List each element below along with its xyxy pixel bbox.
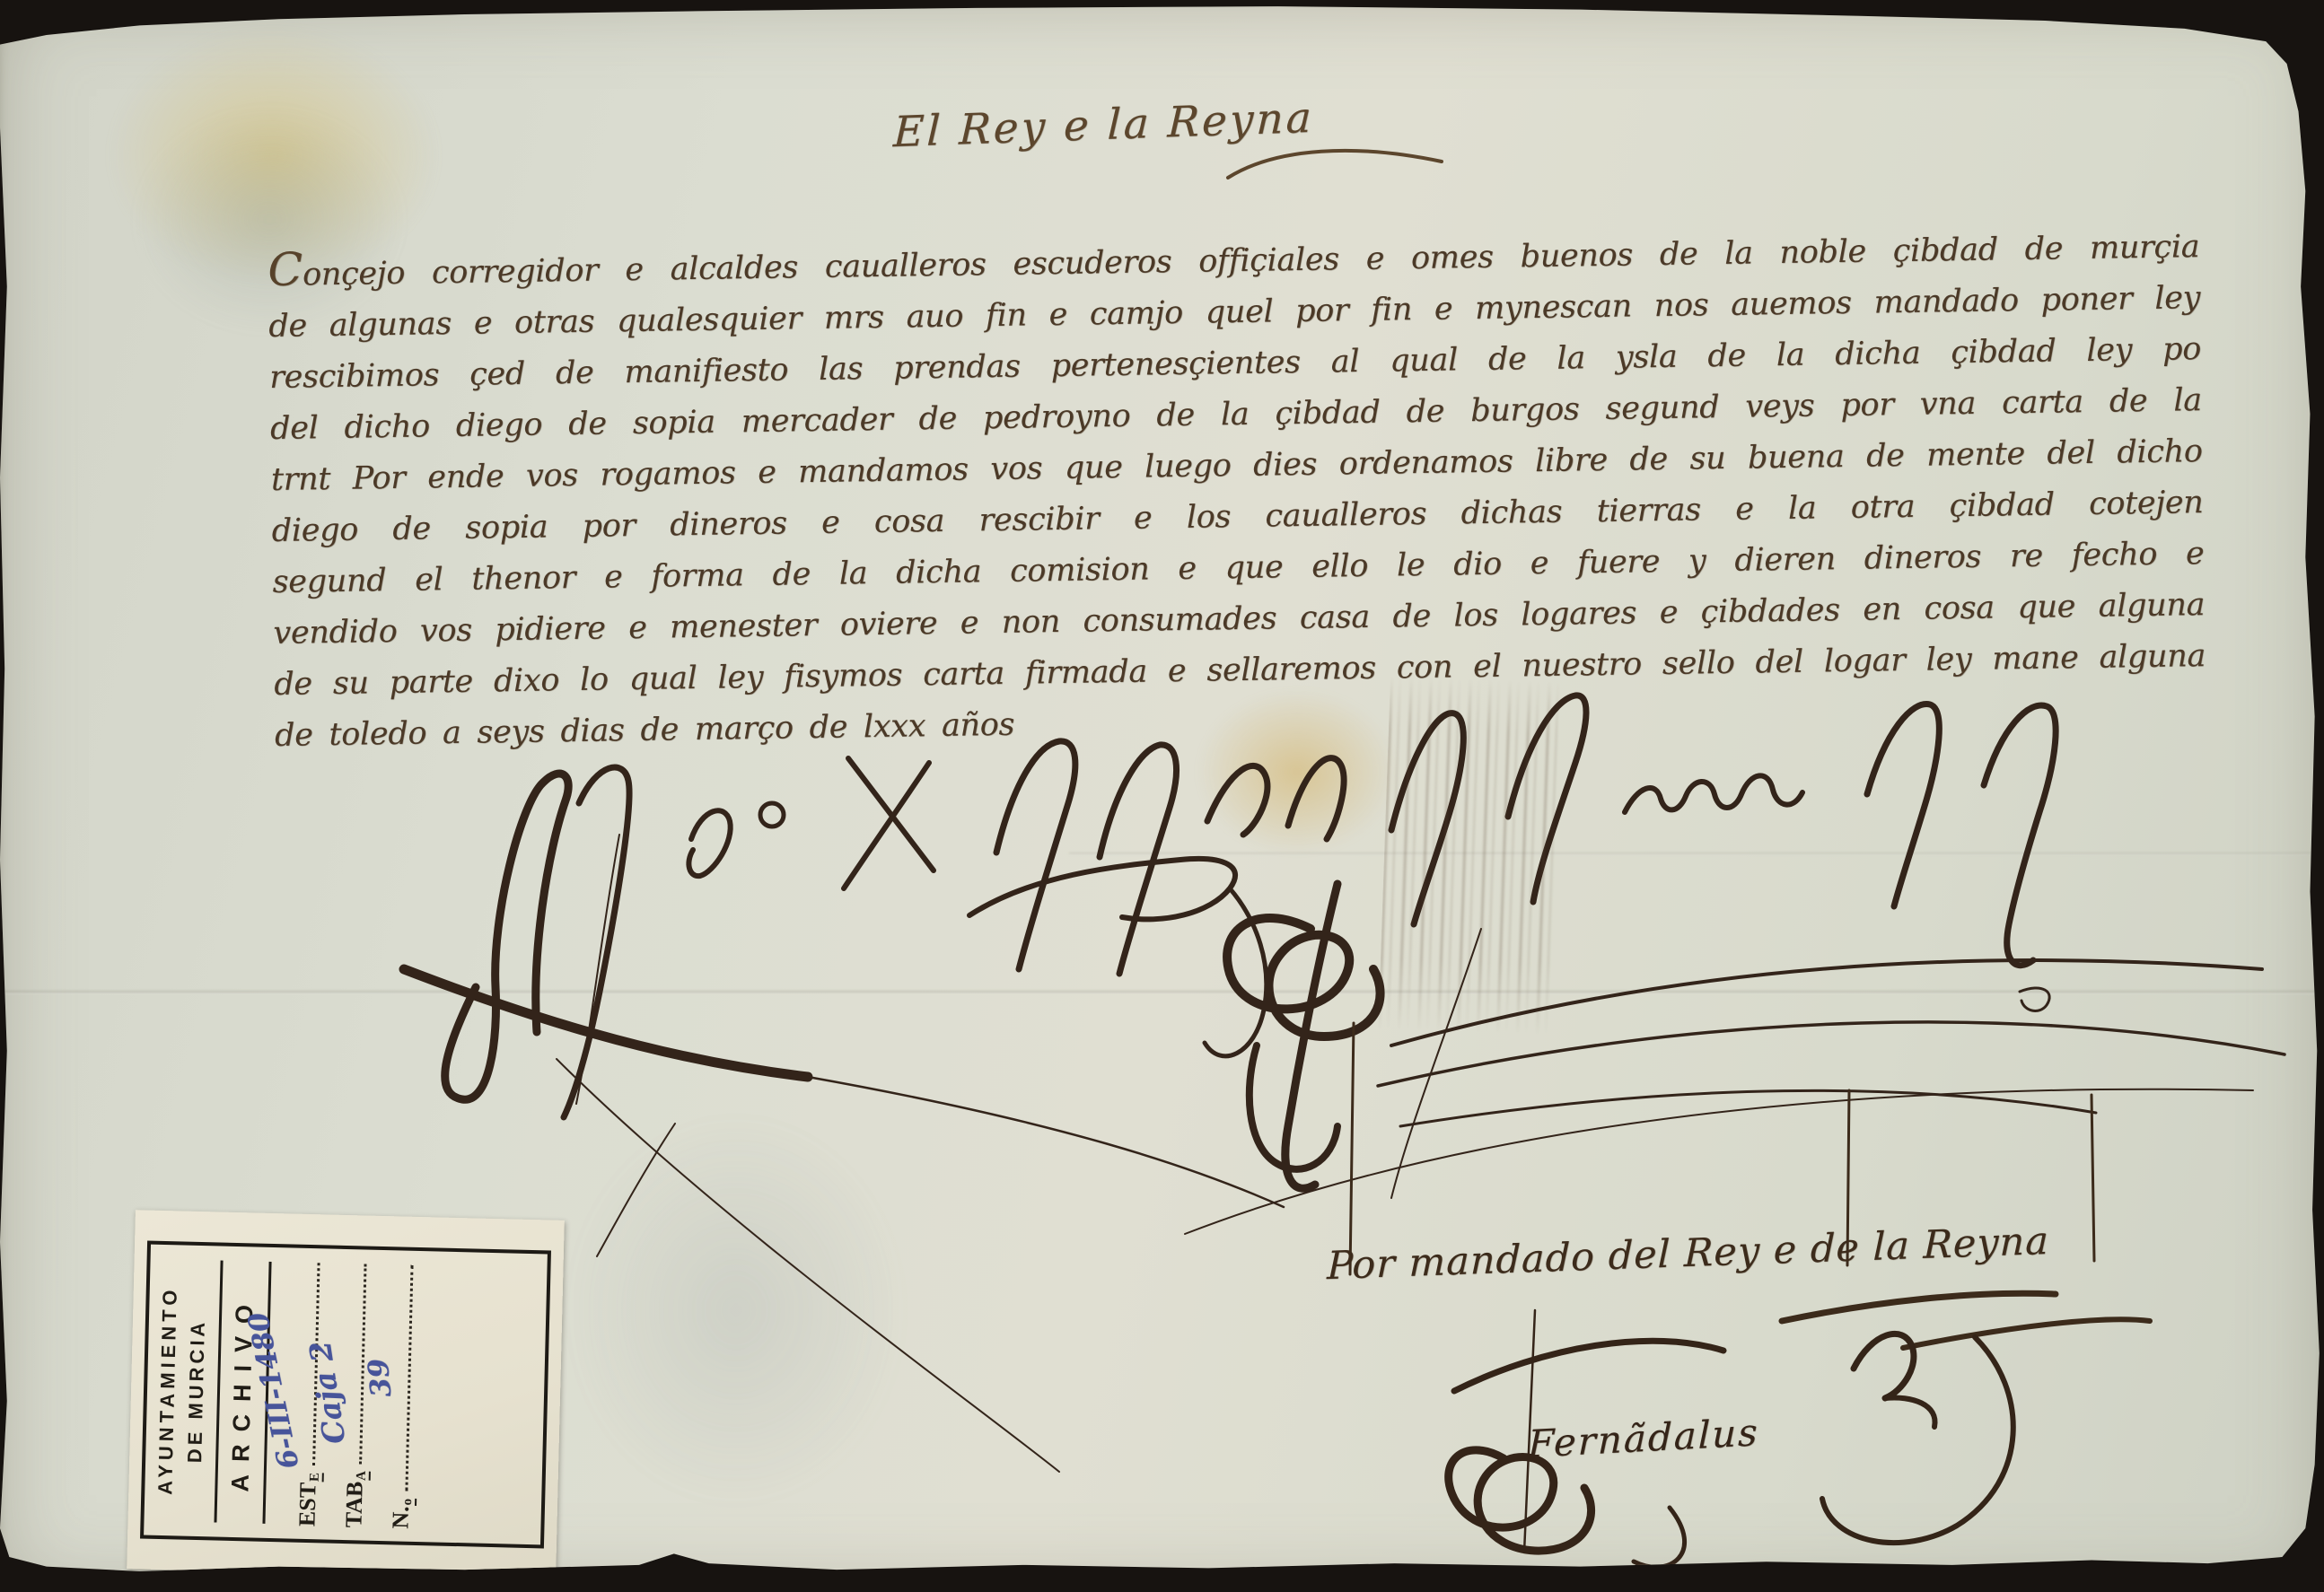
manuscript-paper: El Rey e la Reyna Conçejo corregidor e a… [0, 0, 2324, 1592]
archive-label-rotated: AYUNTAMIENTO DE MURCIA ARCHIVO ESTE 6-II… [140, 1241, 551, 1549]
field-abbr: EST [294, 1482, 321, 1526]
subscription-line: Por mandado del Rey e de la Reyna [1327, 1219, 2049, 1289]
label-section-title: ARCHIVO [225, 1255, 259, 1529]
label-divider [214, 1261, 223, 1523]
label-field-numero: N.o 39 [367, 1259, 420, 1533]
bleedthrough-bottom-center [566, 1113, 907, 1508]
photo-frame: El Rey e la Reyna Conçejo corregidor e a… [0, 0, 2324, 1592]
field-handwritten-value: 39 [362, 1357, 398, 1398]
label-institution-line2: DE MURCIA [181, 1255, 211, 1528]
label-institution-line1: AYUNTAMIENTO [153, 1254, 182, 1527]
secretary-signature-flourish [1400, 1283, 2208, 1592]
archive-label-sticker: AYUNTAMIENTO DE MURCIA ARCHIVO ESTE 6-II… [127, 1210, 565, 1579]
secretary-signature-name: Fernãdalus [1528, 1410, 1759, 1466]
body-text-block: Conçejo corregidor e alcaldes caualleros… [267, 215, 2206, 762]
ink-offset-smudge [1378, 676, 1565, 1037]
dotted-leader [405, 1265, 413, 1491]
field-abbr-sup: o [401, 1499, 417, 1506]
heading-flourish-icon [1223, 136, 1447, 199]
field-abbr: N. [387, 1506, 415, 1529]
paper-crease-right [1069, 853, 2324, 855]
yo-la-reyna-signature [1122, 660, 2316, 1288]
subscription-flourish [1293, 1005, 2280, 1382]
archive-label: AYUNTAMIENTO DE MURCIA ARCHIVO ESTE 6-II… [140, 1241, 551, 1549]
paper-crease [0, 991, 2324, 994]
field-abbr: TAB [340, 1481, 368, 1527]
